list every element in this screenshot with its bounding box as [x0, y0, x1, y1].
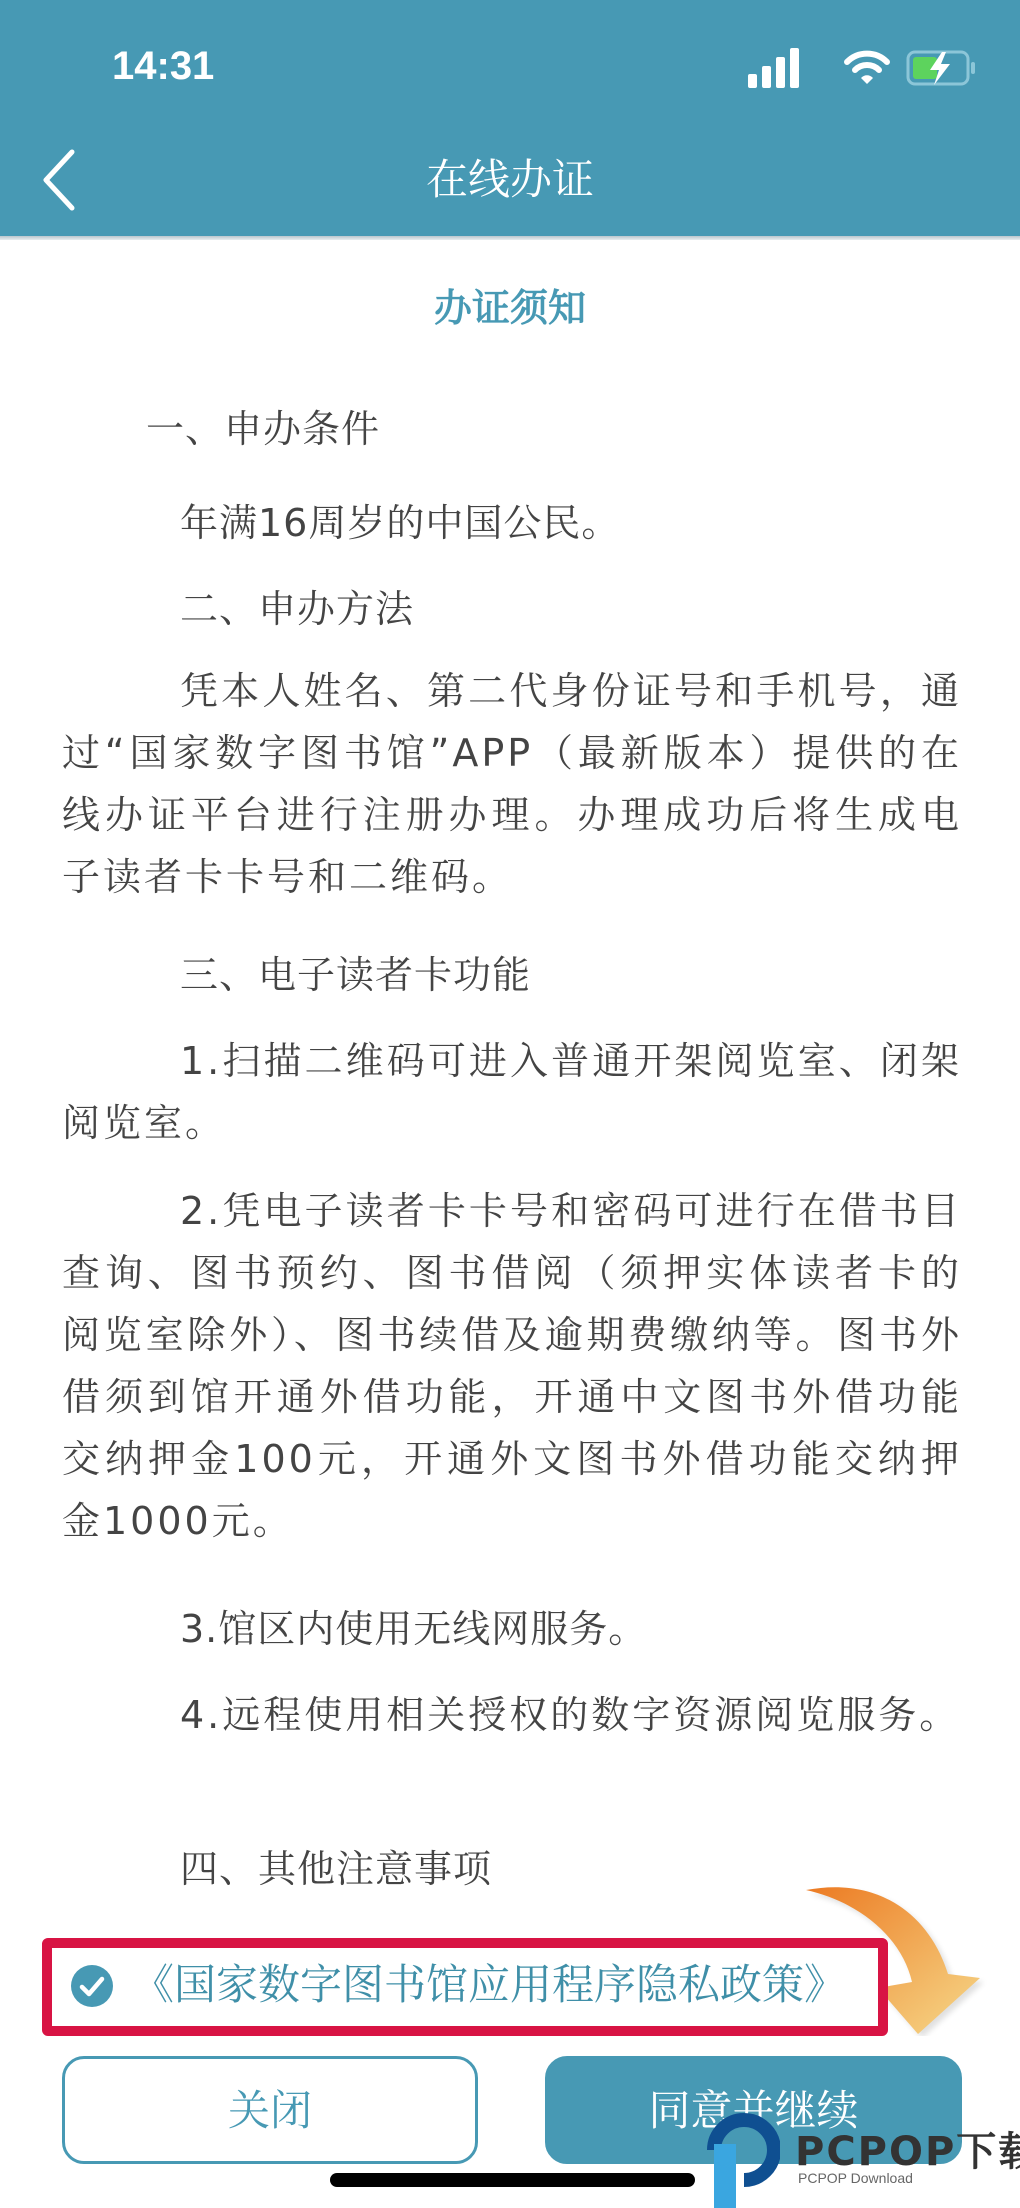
section-body: 2.凭电子读者卡卡号和密码可进行在借书目查询、图书预约、图书借阅（须押实体读者卡…	[62, 1180, 962, 1552]
section-heading: 一、申办条件	[146, 398, 1020, 460]
section-body: 年满16周岁的中国公民。	[180, 492, 1020, 554]
section-heading: 二、申办方法	[180, 578, 1020, 640]
wifi-icon	[844, 50, 890, 86]
privacy-policy-link[interactable]: 《国家数字图书馆应用程序隐私政策》	[132, 1954, 846, 2016]
section-body: 凭本人姓名、第二代身份证号和手机号，通过“国家数字图书馆”APP（最新版本）提供…	[62, 660, 962, 908]
section-heading: 三、电子读者卡功能	[180, 944, 1020, 1006]
section-body: 1.扫描二维码可进入普通开架阅览室、闭架阅览室。	[62, 1030, 962, 1154]
checkbox-checked-icon[interactable]	[70, 1964, 114, 2008]
section-body: 3.馆区内使用无线网服务。	[180, 1598, 1020, 1660]
home-indicator[interactable]	[330, 2173, 695, 2187]
watermark-brand: PCPOP下载	[795, 2120, 1020, 2177]
close-button[interactable]: 关闭	[62, 2056, 478, 2164]
page-title: 在线办证	[0, 150, 1020, 210]
battery-charging-icon	[906, 50, 978, 86]
status-time: 14:31	[112, 44, 214, 89]
signal-icon	[748, 48, 800, 88]
watermark: PCPOP下载 PCPOP Download	[700, 2110, 1020, 2208]
pcpop-logo-icon	[700, 2110, 780, 2208]
section-body: 4.远程使用相关授权的数字资源阅览服务。	[62, 1684, 962, 1746]
watermark-subtitle: PCPOP Download	[798, 2170, 913, 2186]
privacy-policy-highlight: 《国家数字图书馆应用程序隐私政策》	[42, 1938, 888, 2036]
header-divider	[0, 236, 1020, 240]
nav-header: 14:31 在线办证	[0, 0, 1020, 236]
document-title: 办证须知	[0, 278, 1020, 338]
